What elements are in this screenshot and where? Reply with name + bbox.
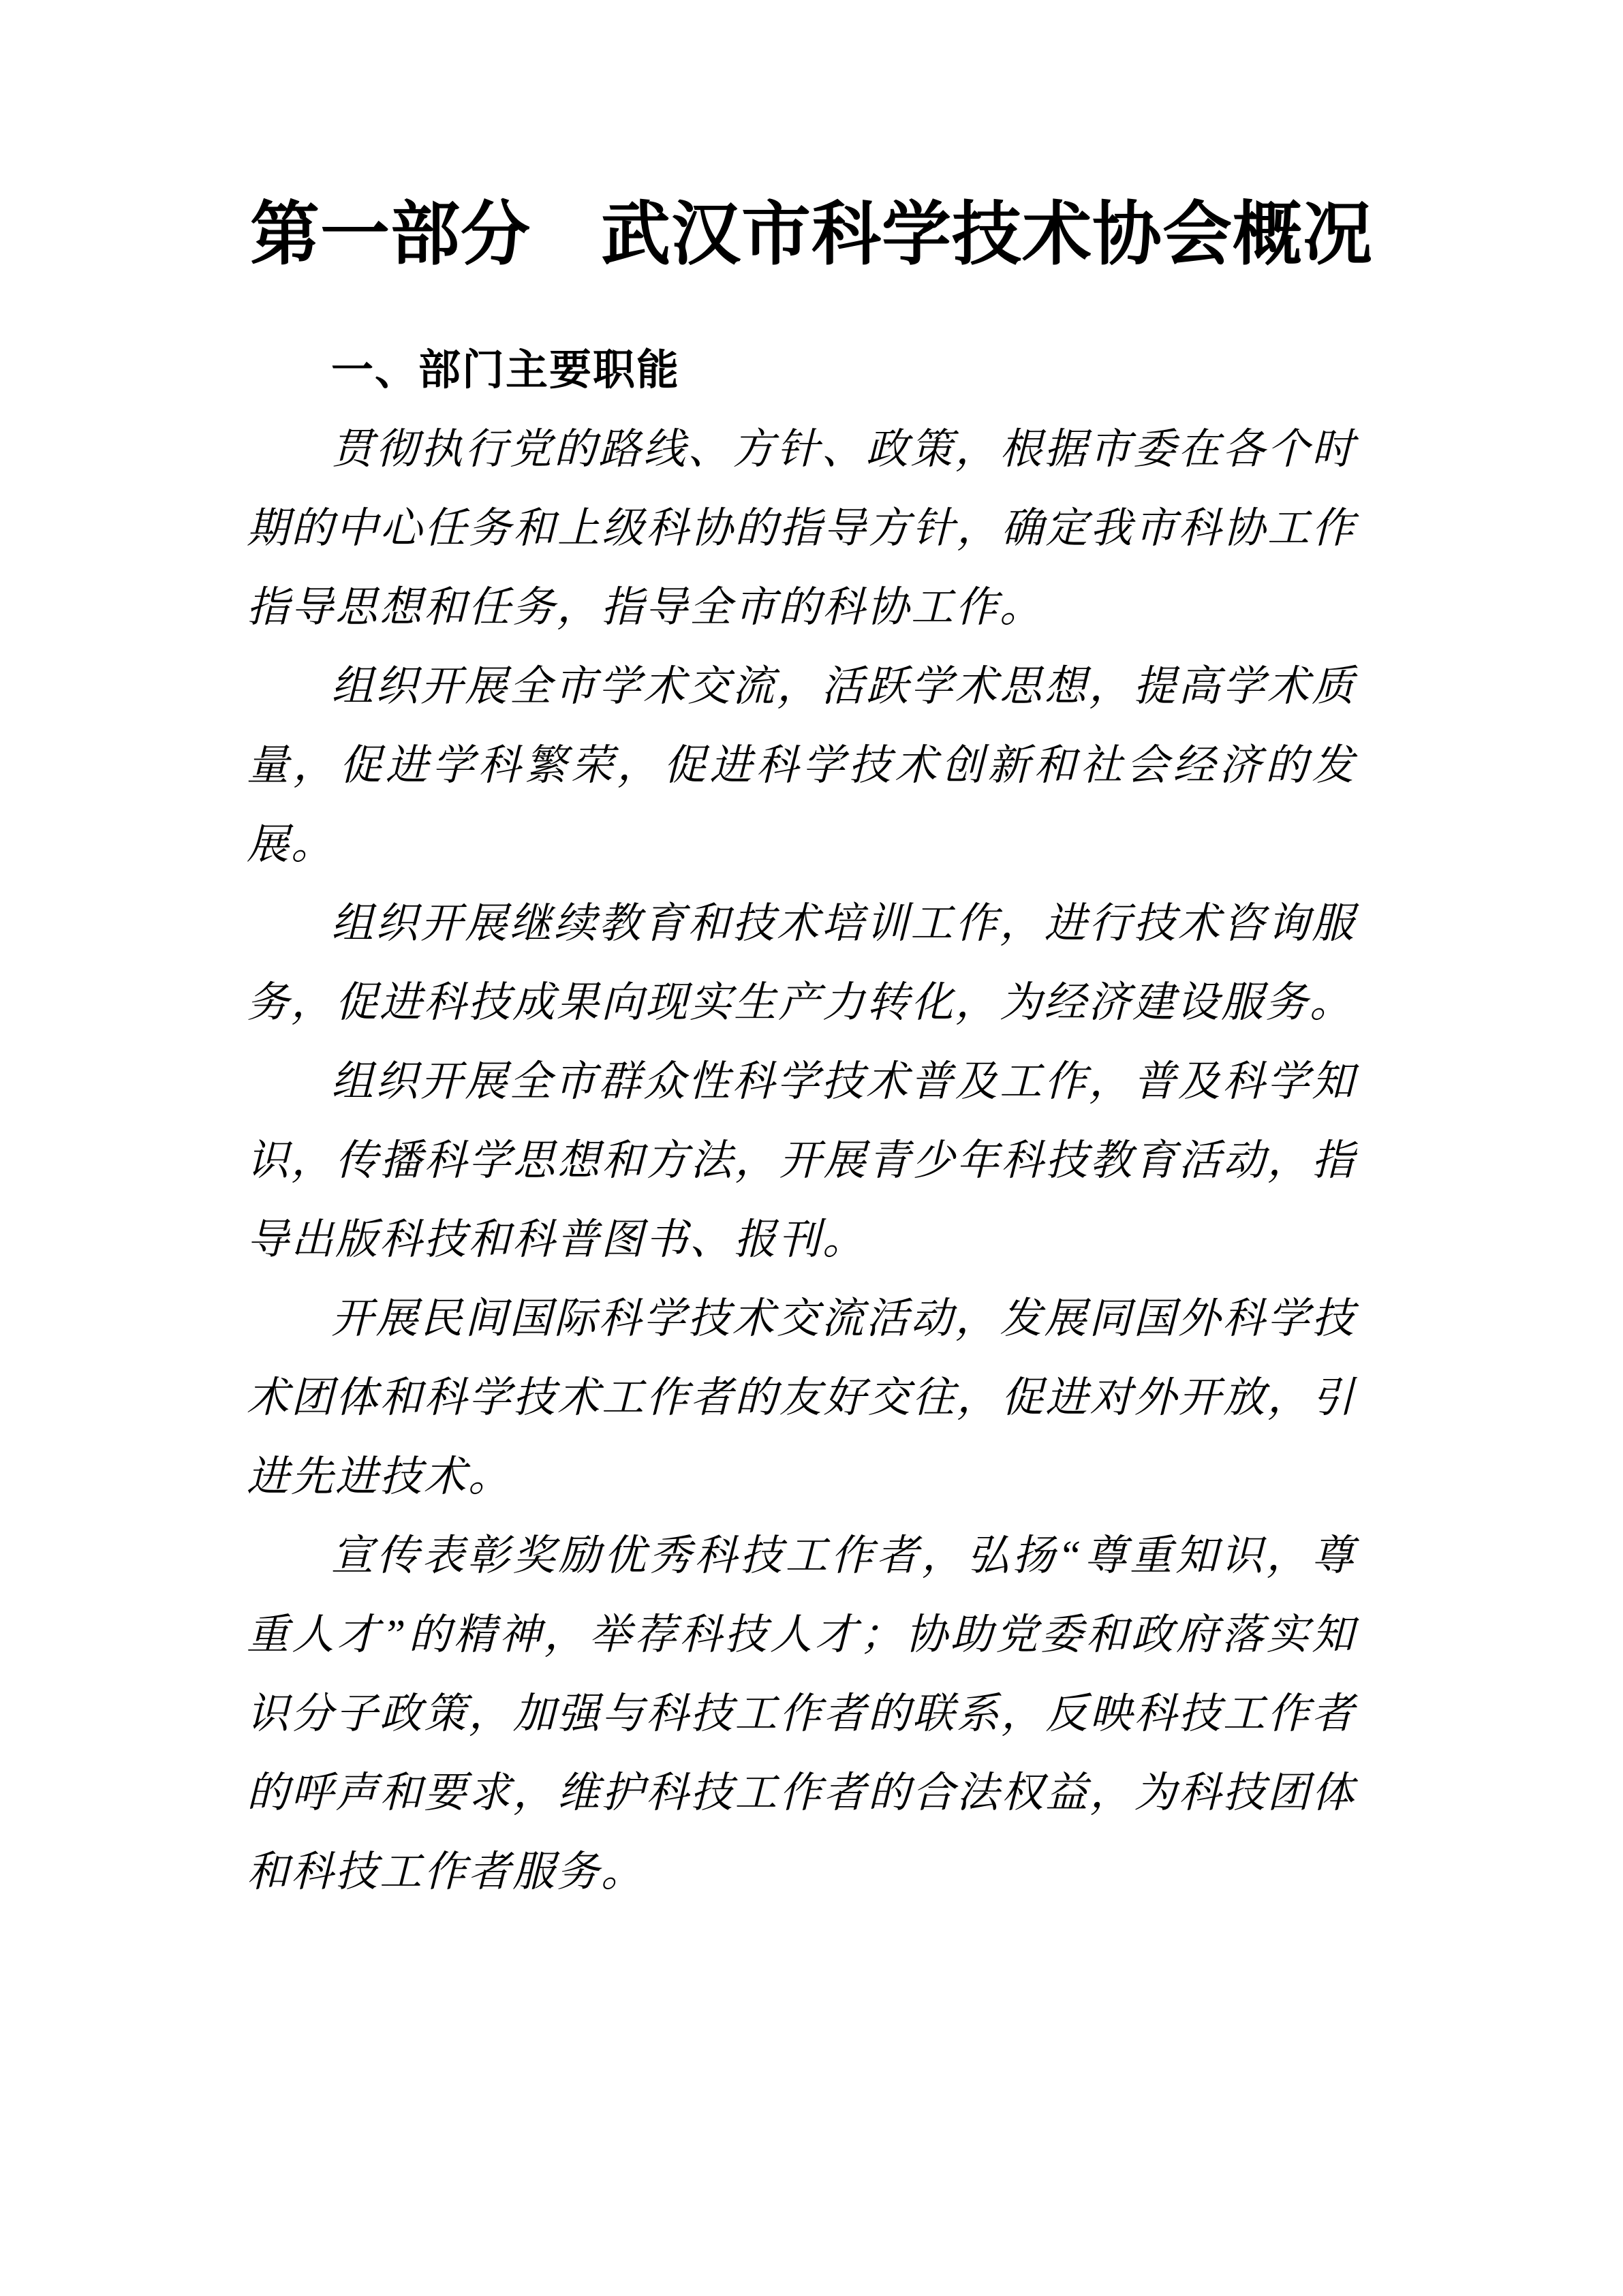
document-title: 第一部分 武汉市科学技术协会概况 — [0, 193, 1623, 278]
paragraph-4: 组织开展全市群众性科学技术普及工作，普及科学知识，传播科学思想和方法，开展青少年… — [247, 1042, 1356, 1279]
document-page: 第一部分 武汉市科学技术协会概况 一、部门主要职能 贯彻执行党的路线、方针、政策… — [0, 0, 1623, 2296]
paragraph-6: 宣传表彰奖励优秀科技工作者，弘扬“尊重知识，尊重人才”的精神，举荐科技人才；协助… — [247, 1517, 1356, 1912]
paragraph-1: 贯彻执行党的路线、方针、政策，根据市委在各个时期的中心任务和上级科协的指导方针，… — [247, 410, 1356, 647]
document-body: 一、部门主要职能 贯彻执行党的路线、方针、政策，根据市委在各个时期的中心任务和上… — [247, 331, 1356, 1912]
paragraph-3: 组织开展继续教育和技术培训工作，进行技术咨询服务，促进科技成果向现实生产力转化，… — [247, 884, 1356, 1042]
paragraph-2: 组织开展全市学术交流，活跃学术思想，提高学术质量，促进学科繁荣，促进科学技术创新… — [247, 647, 1356, 884]
section-heading: 一、部门主要职能 — [247, 331, 1356, 410]
paragraph-5: 开展民间国际科学技术交流活动，发展同国外科学技术团体和科学技术工作者的友好交往，… — [247, 1279, 1356, 1517]
